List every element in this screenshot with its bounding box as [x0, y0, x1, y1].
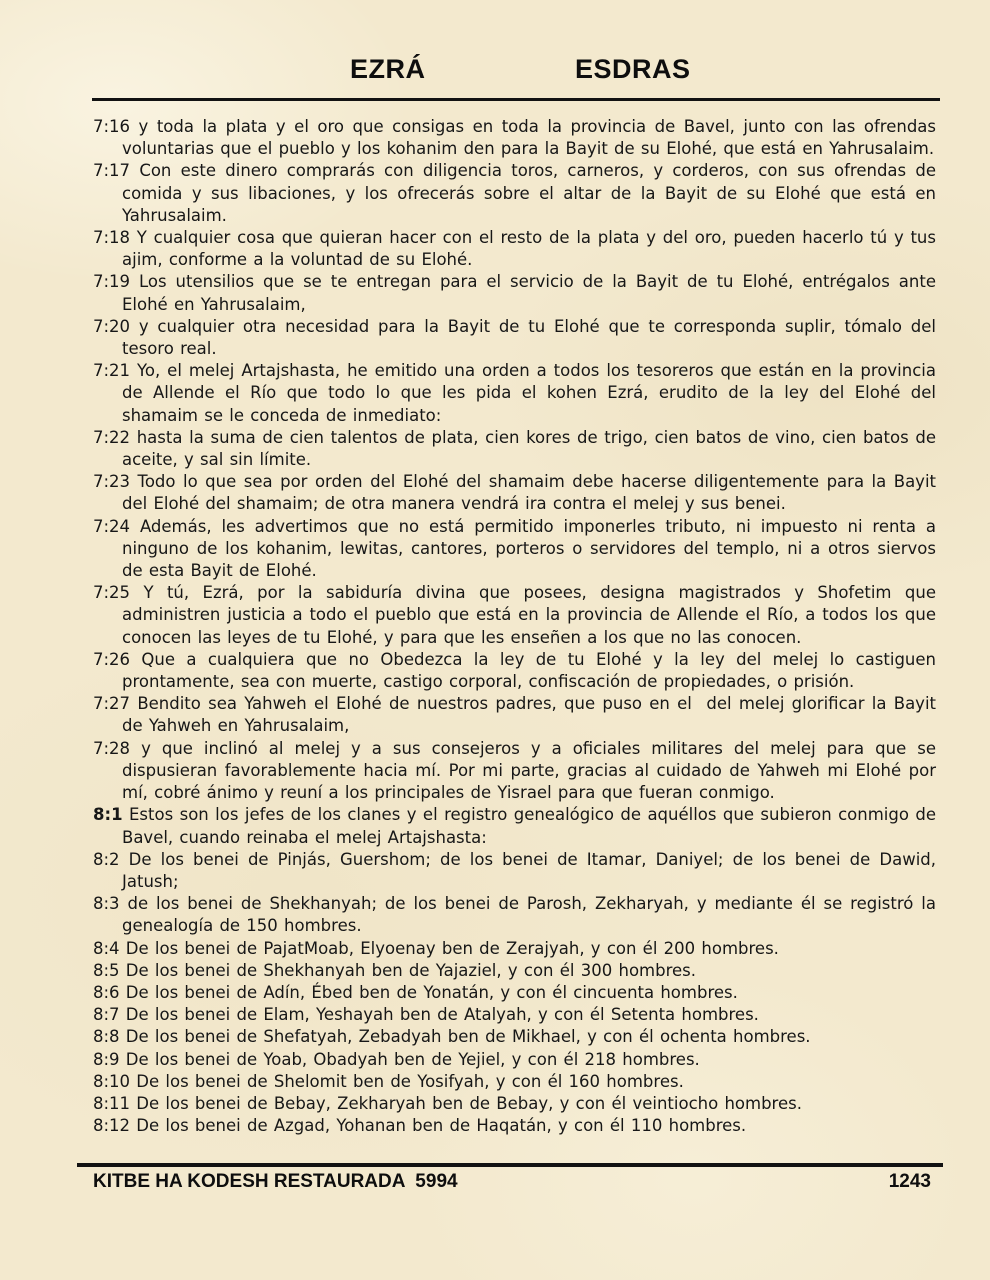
- verse-8:6: 8:6 De los benei de Adín, Ébed ben de Yo…: [93, 982, 936, 1004]
- verse-text: De los benei de Shelomit ben de Yosifyah…: [130, 1072, 684, 1091]
- verse-text: y que inclinó al melej y a sus consejero…: [122, 739, 936, 802]
- verse-text: De los benei de Shekhanyah ben de Yajazi…: [120, 961, 696, 980]
- verse-number: 8:5: [93, 961, 120, 980]
- verse-number: 7:20: [93, 317, 130, 336]
- footer-divider: [77, 1163, 943, 1167]
- verse-text: De los benei de Bebay, Zekharyah ben de …: [130, 1094, 802, 1113]
- verse-number: 8:4: [93, 939, 120, 958]
- page-title-hebrew: EZRÁ: [350, 54, 426, 85]
- verse-number: 8:3: [93, 894, 120, 913]
- verse-text: Que a cualquiera que no Obedezca la ley …: [122, 650, 936, 691]
- verse-text: Yo, el melej Artajshasta, he emitido una…: [122, 361, 936, 424]
- page-title-spanish: ESDRAS: [575, 54, 691, 85]
- verse-text: Además, les advertimos que no está permi…: [122, 517, 936, 580]
- verse-number: 8:6: [93, 983, 120, 1002]
- verse-number: 8:9: [93, 1050, 120, 1069]
- verse-8:3: 8:3 de los benei de Shekhanyah; de los b…: [93, 893, 936, 937]
- verses-container: 7:16 y toda la plata y el oro que consig…: [93, 116, 936, 1137]
- verse-7:25: 7:25 Y tú, Ezrá, por la sabiduría divina…: [93, 582, 936, 649]
- verse-7:23: 7:23 Todo lo que sea por orden del Elohé…: [93, 471, 936, 515]
- verse-8:5: 8:5 De los benei de Shekhanyah ben de Ya…: [93, 960, 936, 982]
- verse-7:17: 7:17 Con este dinero comprarás con dilig…: [93, 160, 936, 227]
- verse-text: y toda la plata y el oro que consigas en…: [122, 117, 936, 158]
- verse-text: De los benei de Adín, Ébed ben de Yonatá…: [120, 983, 738, 1002]
- verse-8:7: 8:7 De los benei de Elam, Yeshayah ben d…: [93, 1004, 936, 1026]
- verse-text: De los benei de Elam, Yeshayah ben de At…: [120, 1005, 759, 1024]
- verse-7:18: 7:18 Y cualquier cosa que quieran hacer …: [93, 227, 936, 271]
- verse-8:8: 8:8 De los benei de Shefatyah, Zebadyah …: [93, 1026, 936, 1048]
- verse-number: 7:21: [93, 361, 130, 380]
- verse-number: 7:27: [93, 694, 130, 713]
- verse-number: 7:16: [93, 117, 130, 136]
- header-divider: [92, 98, 940, 101]
- verse-number: 8:1: [93, 805, 123, 824]
- verse-text: Y cualquier cosa que quieran hacer con e…: [122, 228, 936, 269]
- verse-7:28: 7:28 y que inclinó al melej y a sus cons…: [93, 738, 936, 805]
- verse-number: 7:18: [93, 228, 130, 247]
- verse-8:12: 8:12 De los benei de Azgad, Yohanan ben …: [93, 1115, 936, 1137]
- verse-number: 7:23: [93, 472, 130, 491]
- verse-text: De los benei de Yoab, Obadyah ben de Yej…: [120, 1050, 700, 1069]
- verse-text: De los benei de Azgad, Yohanan ben de Ha…: [130, 1116, 746, 1135]
- verse-8:10: 8:10 De los benei de Shelomit ben de Yos…: [93, 1071, 936, 1093]
- verse-text: De los benei de PajatMoab, Elyoenay ben …: [120, 939, 779, 958]
- verse-7:24: 7:24 Además, les advertimos que no está …: [93, 516, 936, 583]
- verse-8:1: 8:1 Estos son los jefes de los clanes y …: [93, 804, 936, 848]
- verse-7:22: 7:22 hasta la suma de cien talentos de p…: [93, 427, 936, 471]
- verse-7:21: 7:21 Yo, el melej Artajshasta, he emitid…: [93, 360, 936, 427]
- verse-7:27: 7:27 Bendito sea Yahweh el Elohé de nues…: [93, 693, 936, 737]
- verse-text: hasta la suma de cien talentos de plata,…: [122, 428, 936, 469]
- verse-8:11: 8:11 De los benei de Bebay, Zekharyah be…: [93, 1093, 936, 1115]
- verse-number: 7:26: [93, 650, 130, 669]
- verse-text: y cualquier otra necesidad para la Bayit…: [122, 317, 936, 358]
- verse-7:20: 7:20 y cualquier otra necesidad para la …: [93, 316, 936, 360]
- verse-text: Todo lo que sea por orden del Elohé del …: [122, 472, 936, 513]
- verse-text: Los utensilios que se te entregan para e…: [122, 272, 936, 313]
- verse-text: Estos son los jefes de los clanes y el r…: [122, 805, 936, 846]
- footer-page-number: 1243: [889, 1171, 931, 1193]
- scripture-page: EZRÁ ESDRAS 7:16 y toda la plata y el or…: [0, 0, 990, 1280]
- verse-text: Con este dinero comprarás con diligencia…: [122, 161, 936, 224]
- verse-number: 8:7: [93, 1005, 120, 1024]
- verse-number: 7:25: [93, 583, 130, 602]
- verse-text: De los benei de Pinjás, Guershom; de los…: [120, 850, 936, 891]
- verse-number: 8:10: [93, 1072, 130, 1091]
- verse-number: 8:12: [93, 1116, 130, 1135]
- verse-8:4: 8:4 De los benei de PajatMoab, Elyoenay …: [93, 938, 936, 960]
- verse-number: 7:24: [93, 517, 130, 536]
- verse-text: de los benei de Shekhanyah; de los benei…: [120, 894, 936, 935]
- verse-text: De los benei de Shefatyah, Zebadyah ben …: [120, 1027, 811, 1046]
- verse-8:9: 8:9 De los benei de Yoab, Obadyah ben de…: [93, 1049, 936, 1071]
- verse-number: 8:2: [93, 850, 120, 869]
- verse-number: 8:11: [93, 1094, 130, 1113]
- footer-book-title: KITBE HA KODESH RESTAURADA 5994: [93, 1171, 458, 1193]
- verse-number: 7:19: [93, 272, 130, 291]
- verse-number: 8:8: [93, 1027, 120, 1046]
- verse-7:19: 7:19 Los utensilios que se te entregan p…: [93, 271, 936, 315]
- verse-7:16: 7:16 y toda la plata y el oro que consig…: [93, 116, 936, 160]
- verse-number: 7:22: [93, 428, 130, 447]
- verse-number: 7:28: [93, 739, 130, 758]
- verse-text: Bendito sea Yahweh el Elohé de nuestros …: [122, 694, 936, 735]
- verse-text: Y tú, Ezrá, por la sabiduría divina que …: [122, 583, 936, 646]
- verse-8:2: 8:2 De los benei de Pinjás, Guershom; de…: [93, 849, 936, 893]
- verse-number: 7:17: [93, 161, 130, 180]
- verse-7:26: 7:26 Que a cualquiera que no Obedezca la…: [93, 649, 936, 693]
